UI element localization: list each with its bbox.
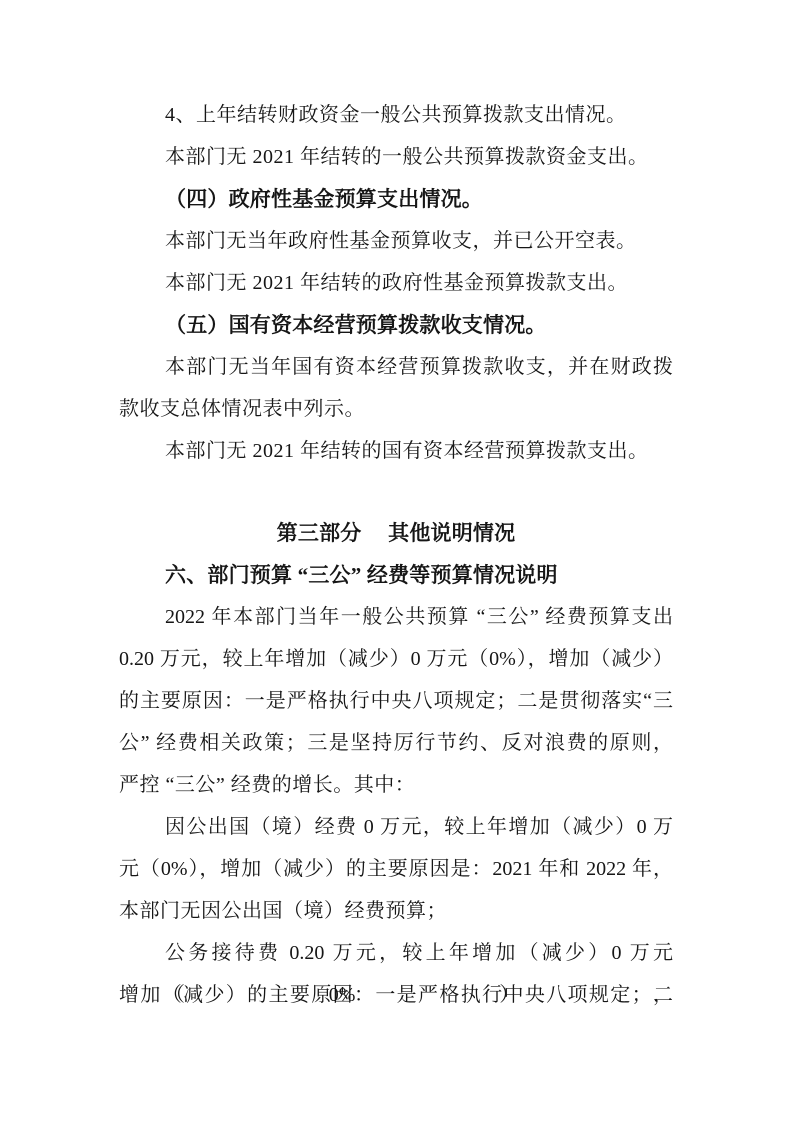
text-line: 因公出国（境）经费 0 万元，较上年增加（减少）0 万: [119, 806, 673, 848]
heading-line: 六、部门预算 “三公” 经费等预算情况说明: [119, 554, 673, 596]
text-line: 本部门无当年政府性基金预算收支，并已公开空表。: [119, 220, 673, 262]
text-line: 本部门无 2021 年结转的国有资本经营预算拨款支出。: [119, 430, 673, 472]
paragraph-spacer: [119, 472, 673, 512]
text-line: 本部门无 2021 年结转的政府性基金预算拨款支出。: [119, 262, 673, 304]
document-page: 4、上年结转财政资金一般公共预算拨款支出情况。本部门无 2021 年结转的一般公…: [0, 0, 793, 1122]
text-line: 本部门无当年国有资本经营预算拨款收支，并在财政拨: [119, 346, 673, 388]
text-line: 本部门无 2021 年结转的一般公共预算拨款资金支出。: [119, 136, 673, 178]
heading-line: （五）国有资本经营预算拨款收支情况。: [119, 304, 673, 346]
text-line: 公务接待费 0.20 万元，较上年增加（减少）0 万元（0%），: [119, 932, 673, 974]
text-line: 2022 年本部门当年一般公共预算 “三公” 经费预算支出: [119, 596, 673, 638]
text-line: 公” 经费相关政策；三是坚持厉行节约、反对浪费的原则，: [119, 722, 673, 764]
text-line: 的主要原因：一是严格执行中央八项规定；二是贯彻落实“三: [119, 680, 673, 722]
section-title-line: 第三部分 其他说明情况: [119, 512, 673, 554]
text-line: 4、上年结转财政资金一般公共预算拨款支出情况。: [119, 94, 673, 136]
text-line: 增加（减少）的主要原因：一是严格执行中央八项规定；二: [119, 974, 673, 1016]
heading-line: （四）政府性基金预算支出情况。: [119, 178, 673, 220]
text-line: 严控 “三公” 经费的增长。其中：: [119, 764, 673, 806]
text-line: 款收支总体情况表中列示。: [119, 388, 673, 430]
text-line: 元（0%），增加（减少）的主要原因是：2021 年和 2022 年，: [119, 848, 673, 890]
document-text-block: 4、上年结转财政资金一般公共预算拨款支出情况。本部门无 2021 年结转的一般公…: [119, 94, 673, 1016]
text-line: 本部门无因公出国（境）经费预算；: [119, 890, 673, 932]
text-line: 0.20 万元，较上年增加（减少）0 万元（0%），增加（减少）: [119, 638, 673, 680]
